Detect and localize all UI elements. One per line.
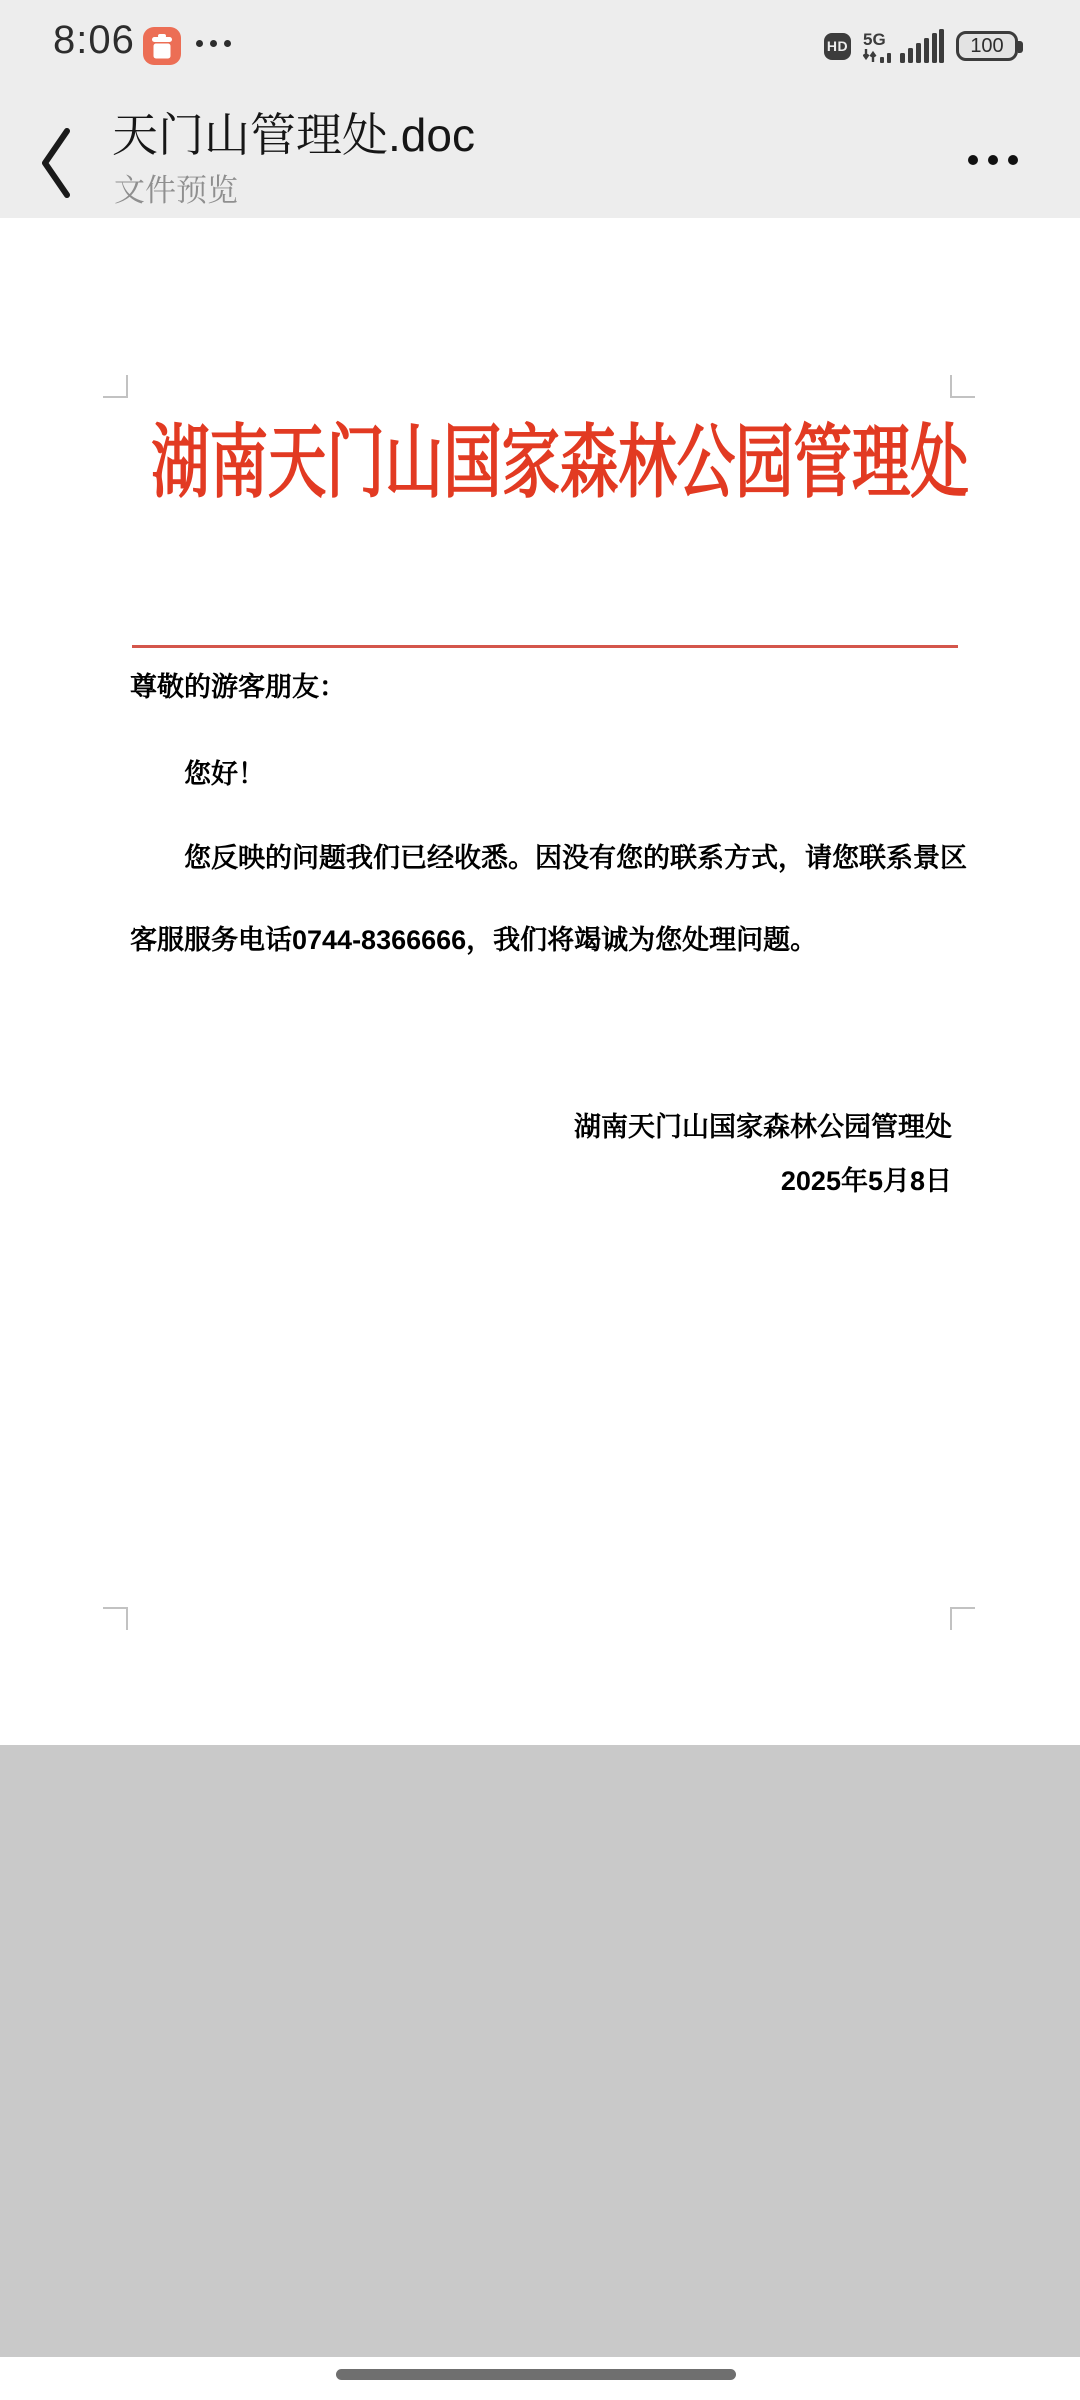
file-preview-screen: 8:06 HD 5G: [0, 0, 1080, 2400]
greeting-text: 您好！: [184, 758, 265, 790]
letterhead-divider: [132, 645, 958, 648]
status-bar: 8:06 HD 5G: [0, 0, 1080, 90]
salutation-text: 尊敬的游客朋友：: [130, 671, 346, 703]
page-margin-mark-top-right: [950, 375, 975, 398]
preview-header: 天门山管理处.doc 文件预览: [0, 90, 1080, 218]
battery-percent: 100: [970, 35, 1003, 58]
file-name-title: 天门山管理处.doc: [112, 99, 475, 165]
document-preview-page[interactable]: 湖南天门山国家森林公园管理处 尊敬的游客朋友： 您好！ 您反映的问题我们已经收悉…: [0, 218, 1080, 1745]
file-preview-subtitle: 文件预览: [114, 165, 238, 210]
status-icons: HD 5G: [824, 28, 1018, 64]
page-margin-mark-bottom-left: [103, 1607, 128, 1630]
letterhead-title: 湖南天门山国家森林公园管理处: [0, 424, 1080, 504]
back-button[interactable]: [28, 118, 84, 208]
more-menu-button[interactable]: [958, 145, 1028, 175]
battery-icon: 100: [956, 31, 1018, 61]
more-notifications-icon: [196, 40, 231, 47]
page-margin-mark-bottom-right: [950, 1607, 975, 1630]
home-indicator[interactable]: [336, 2369, 736, 2380]
body-line-2: 客服服务电话0744-8366666，我们将竭诚为您处理问题。: [130, 924, 817, 956]
trash-app-notification-icon: [143, 27, 181, 65]
gesture-nav-strip: [0, 2357, 1080, 2400]
signal-bars-icon: [900, 29, 944, 63]
data-activity-icon: [863, 48, 897, 63]
date-text: 2025年5月8日: [781, 1165, 952, 1197]
document-end-background: [0, 1745, 1080, 2357]
cellular-signal-icon: 5G: [863, 29, 944, 63]
top-chrome: 8:06 HD 5G: [0, 0, 1080, 218]
body-line-1: 您反映的问题我们已经收悉。因没有您的联系方式，请您联系景区: [184, 842, 967, 874]
clock: 8:06: [53, 18, 135, 63]
network-type-label: 5G: [863, 32, 886, 48]
back-chevron-icon: [39, 126, 73, 200]
hd-volte-icon: HD: [824, 33, 851, 60]
signature-text: 湖南天门山国家森林公园管理处: [574, 1111, 952, 1143]
page-margin-mark-top-left: [103, 375, 128, 398]
